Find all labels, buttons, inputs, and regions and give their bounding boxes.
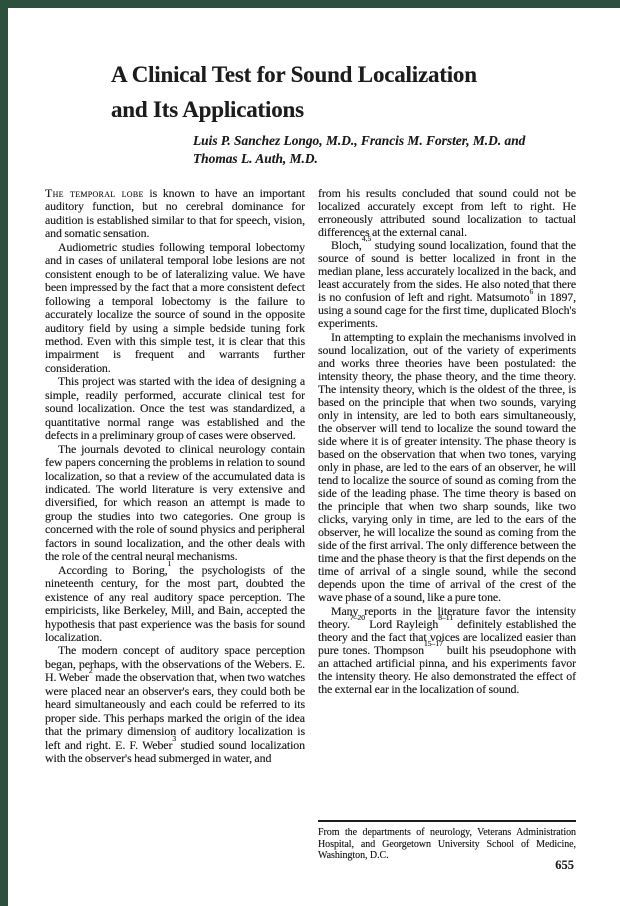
paragraph: Bloch,4,5 studying sound localization, f… [318, 239, 576, 330]
reference-superscript: 15–17 [424, 639, 443, 648]
paragraph: The temporal lobe is known to have an im… [45, 187, 305, 241]
paragraph: According to Boring,1 the psychologists … [45, 564, 305, 645]
title-line-2: and Its Applications [111, 92, 541, 127]
reference-superscript: 8–11 [438, 613, 453, 622]
reference-superscript: 6 [529, 287, 533, 296]
author-line-1: Luis P. Sanchez Longo, M.D., Francis M. … [193, 132, 583, 150]
reference-superscript: 4,5 [362, 234, 372, 243]
scan-edge-top [0, 0, 620, 8]
paragraph: Audiometric studies following temporal l… [45, 241, 305, 376]
affiliation-footnote: From the departments of neurology, Veter… [318, 827, 576, 862]
paragraph: The modern concept of auditory space per… [45, 644, 305, 765]
page-number: 655 [318, 858, 574, 873]
scanned-paper-page: A Clinical Test for Sound Localization a… [0, 0, 620, 906]
scan-edge-left [0, 0, 8, 906]
paragraph: This project was started with the idea o… [45, 375, 305, 442]
title-line-1: A Clinical Test for Sound Localization [111, 57, 541, 92]
author-line-2: Thomas L. Auth, M.D. [193, 150, 583, 168]
reference-superscript: 2 [89, 666, 93, 675]
right-column: from his results concluded that sound co… [318, 187, 576, 696]
reference-superscript: 3 [172, 734, 176, 743]
paragraph: The journals devoted to clinical neurolo… [45, 443, 305, 564]
reference-superscript: 7–20 [350, 613, 365, 622]
paragraph: In attempting to explain the mechanisms … [318, 331, 576, 605]
paper-title: A Clinical Test for Sound Localization a… [111, 57, 541, 127]
footnote-divider [318, 820, 576, 822]
paragraph: Many reports in the literature favor the… [318, 605, 576, 696]
authors-byline: Luis P. Sanchez Longo, M.D., Francis M. … [193, 132, 583, 168]
small-caps-lead: The temporal lobe [45, 186, 144, 200]
reference-superscript: 1 [168, 559, 172, 568]
left-column: The temporal lobe is known to have an im… [45, 187, 305, 765]
paragraph: from his results concluded that sound co… [318, 187, 576, 239]
